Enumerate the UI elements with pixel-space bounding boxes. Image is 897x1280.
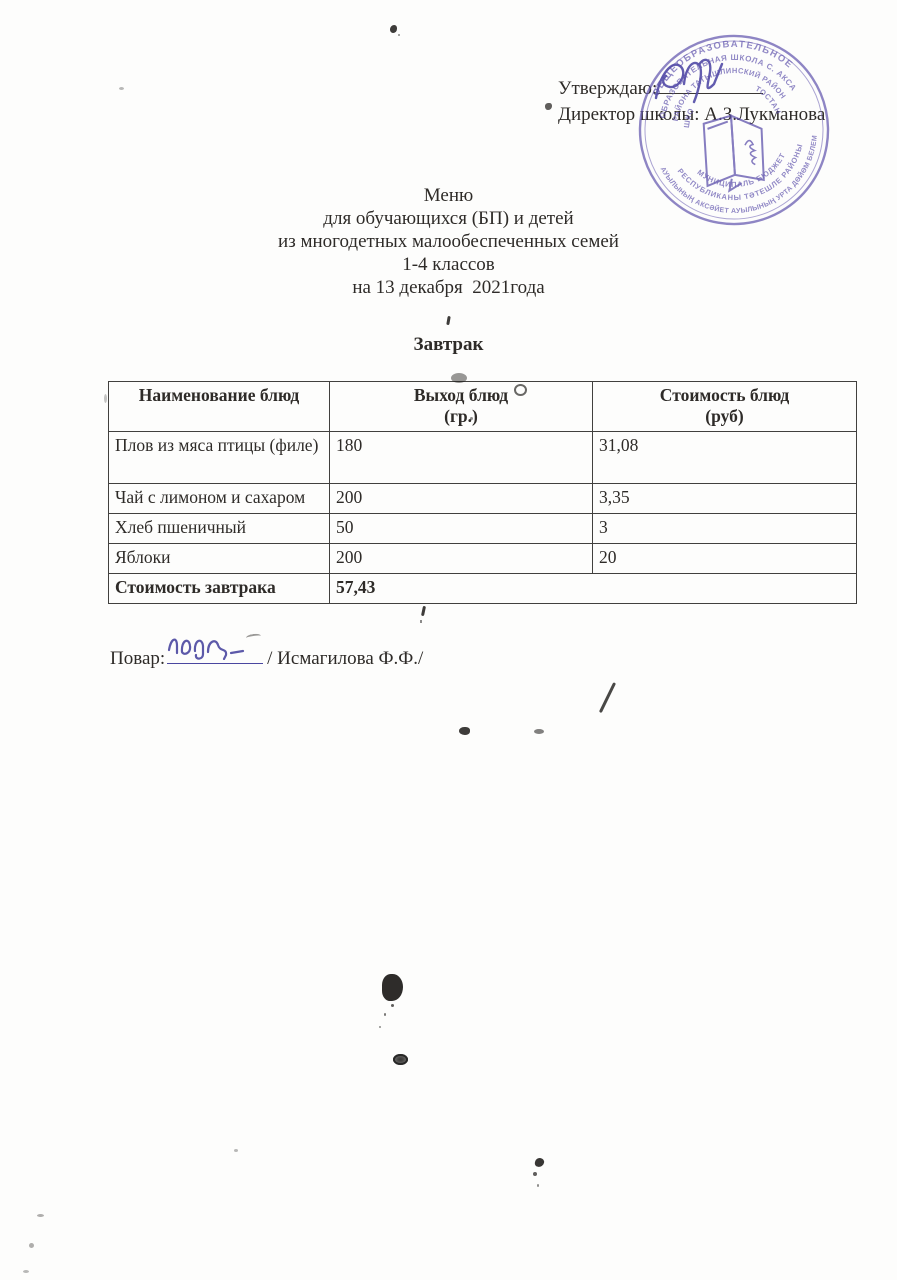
ink-speck bbox=[384, 1013, 386, 1016]
dish-name-cell: Хлеб пшеничный bbox=[109, 514, 330, 544]
title-line-3: из многодетных малообеспеченных семей bbox=[0, 230, 897, 253]
cost-cell: 31,08 bbox=[593, 432, 857, 484]
ink-speck bbox=[459, 727, 470, 735]
cook-signature-line bbox=[167, 646, 263, 664]
table-row: Чай с лимоном и сахаром 200 3,35 bbox=[109, 484, 857, 514]
ink-speck bbox=[533, 1172, 537, 1176]
ink-speck bbox=[534, 729, 544, 734]
ink-ring-blot bbox=[393, 1054, 408, 1065]
school-round-stamp: ОБЩЕОБРАЗОВАТЕЛЬНОЕ ОБРАЗОВАТЕЛЬНАЯ ШКОЛ… bbox=[634, 30, 834, 230]
output-cell: 200 bbox=[330, 544, 593, 574]
ink-speck bbox=[37, 1214, 44, 1217]
header-cost: Стоимость блюд (руб) bbox=[593, 382, 857, 432]
dish-name-cell: Чай с лимоном и сахаром bbox=[109, 484, 330, 514]
meal-heading: Завтрак bbox=[0, 334, 897, 356]
ink-blot bbox=[382, 974, 403, 1001]
menu-table-container: Наименование блюд Выход блюд (гр.) Стоим… bbox=[108, 381, 857, 604]
cook-line: Повар: / Исмагилова Ф.Ф./ bbox=[110, 646, 423, 670]
scratch-mark bbox=[446, 316, 451, 325]
scratch-mark bbox=[421, 606, 426, 616]
ink-speck bbox=[470, 417, 473, 420]
title-line-5: на 13 декабря 2021года bbox=[0, 276, 897, 299]
output-cell: 50 bbox=[330, 514, 593, 544]
output-cell: 180 bbox=[330, 432, 593, 484]
table-row: Хлеб пшеничный 50 3 bbox=[109, 514, 857, 544]
dish-name-cell: Яблоки bbox=[109, 544, 330, 574]
ink-speck bbox=[29, 1243, 34, 1248]
cost-cell: 3,35 bbox=[593, 484, 857, 514]
scratch-line bbox=[599, 682, 616, 713]
cook-name-suffix: / Исмагилова Ф.Ф./ bbox=[267, 648, 423, 669]
ink-speck bbox=[391, 1004, 394, 1007]
cook-signature bbox=[161, 626, 271, 660]
scanned-document-page: Утверждаю: Директор школы: А.З.Лукманова… bbox=[0, 0, 897, 1280]
total-row: Стоимость завтрака 57,43 bbox=[109, 574, 857, 604]
cost-cell: 20 bbox=[593, 544, 857, 574]
table-row: Яблоки 200 20 bbox=[109, 544, 857, 574]
ink-smudge bbox=[451, 373, 467, 383]
menu-table: Наименование блюд Выход блюд (гр.) Стоим… bbox=[108, 381, 857, 604]
ink-speck bbox=[379, 1026, 381, 1028]
ink-speck bbox=[104, 394, 107, 403]
ink-speck bbox=[545, 103, 552, 110]
cook-label: Повар: bbox=[110, 648, 165, 669]
ink-speck bbox=[420, 620, 422, 623]
header-dish-name: Наименование блюд bbox=[109, 382, 330, 432]
dish-name-cell: Плов из мяса птицы (филе) bbox=[109, 432, 330, 484]
ink-speck bbox=[398, 34, 400, 36]
header-output: Выход блюд (гр.) bbox=[330, 382, 593, 432]
total-value-cell: 57,43 bbox=[330, 574, 857, 604]
table-row: Плов из мяса птицы (филе) 180 31,08 bbox=[109, 432, 857, 484]
table-header-row: Наименование блюд Выход блюд (гр.) Стоим… bbox=[109, 382, 857, 432]
ink-speck bbox=[23, 1270, 29, 1273]
ink-speck bbox=[390, 25, 397, 33]
ink-speck bbox=[234, 1149, 238, 1152]
total-label-cell: Стоимость завтрака bbox=[109, 574, 330, 604]
ink-speck bbox=[534, 1157, 545, 1168]
ink-ring bbox=[514, 384, 527, 396]
output-cell: 200 bbox=[330, 484, 593, 514]
cost-cell: 3 bbox=[593, 514, 857, 544]
ink-speck bbox=[537, 1184, 539, 1187]
ink-speck bbox=[119, 87, 124, 90]
title-line-4: 1-4 классов bbox=[0, 253, 897, 276]
